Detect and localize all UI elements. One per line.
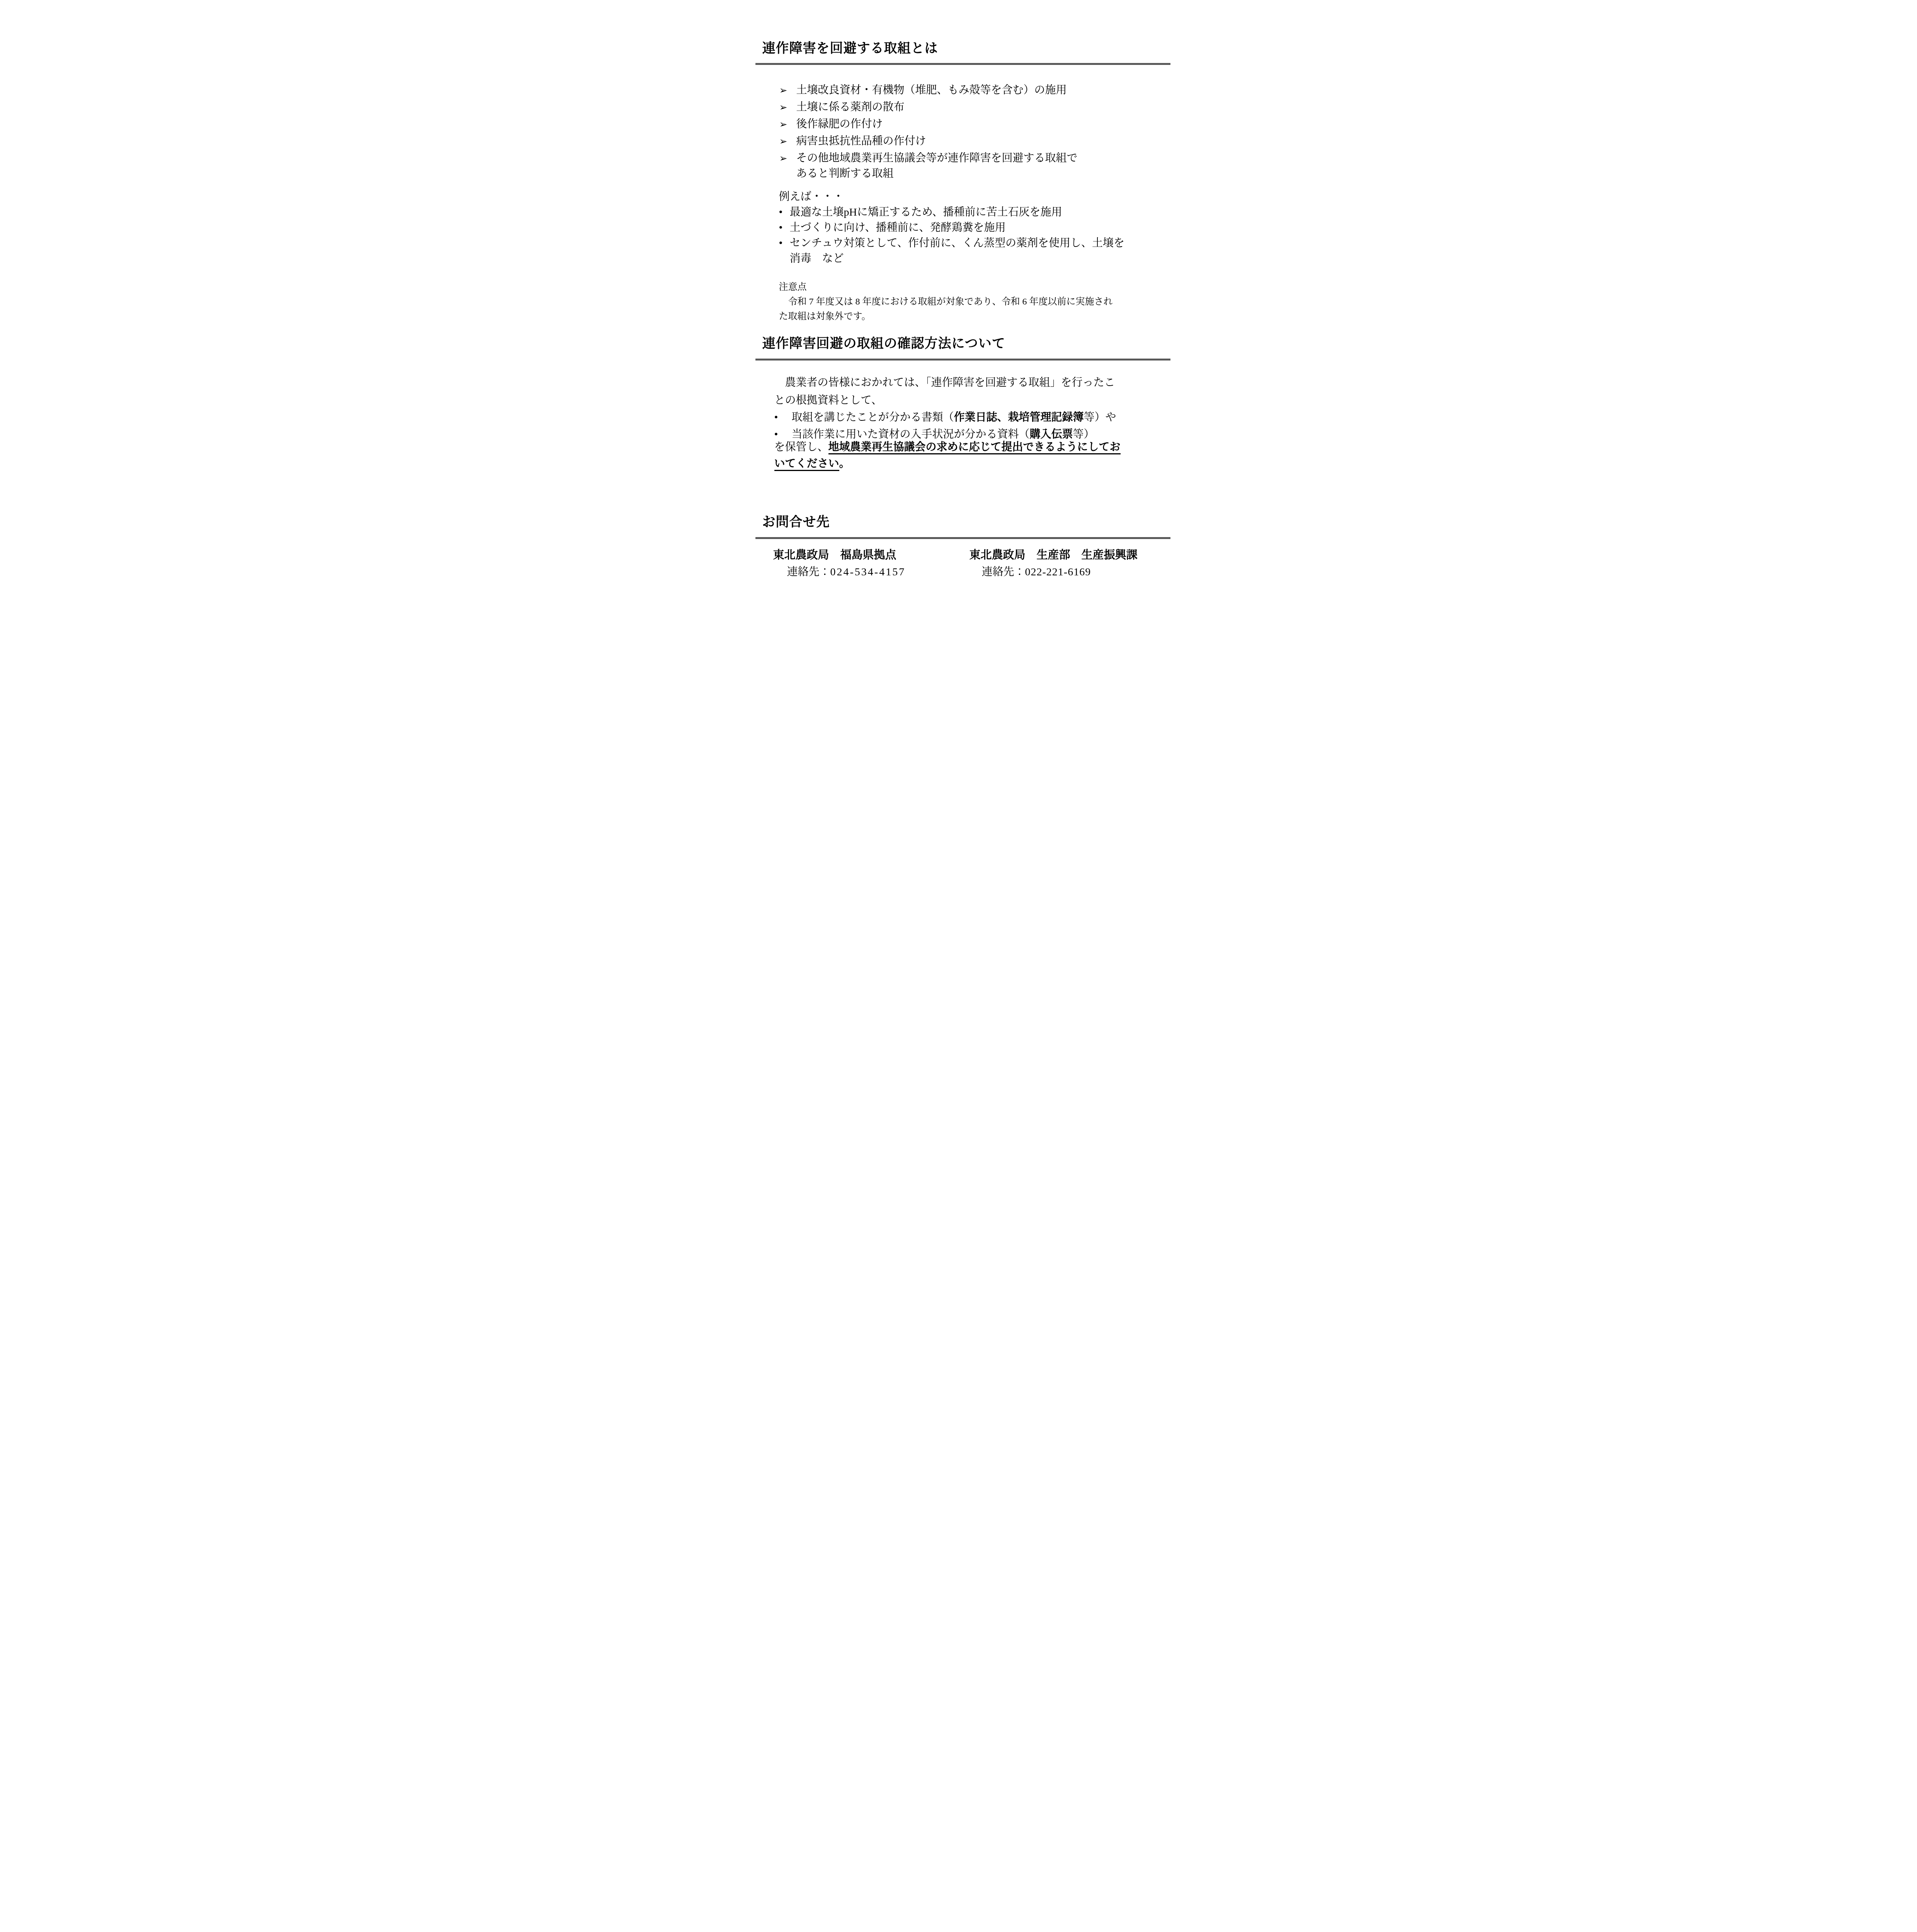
tel-label: 連絡先： — [787, 566, 830, 578]
contact-tel-seisanbu: 連絡先：022-221-6169 — [982, 563, 1091, 579]
section2-divider — [755, 359, 1170, 361]
list-item-continuation: 消毒 など — [779, 251, 1125, 267]
section2-title: 連作障害回避の取組の確認方法について — [762, 335, 1005, 352]
contact-org-seisanbu: 東北農政局 生産部 生産振興課 — [970, 546, 1138, 562]
keep-line: いてください。 — [774, 456, 1121, 472]
list-item: ➢後作緑肥の作付け — [779, 117, 883, 132]
arrow-bullet-icon: ➢ — [779, 100, 796, 115]
note-heading: 注意点 — [779, 280, 1113, 294]
arrow-bullet-icon: ➢ — [779, 83, 796, 98]
keep-instruction: を保管し、地域農業再生協議会の求めに応じて提出できるようにしてお いてください。 — [774, 439, 1121, 472]
dot-bullet-icon: • — [774, 412, 792, 424]
dot-bullet-icon: • — [779, 220, 790, 236]
arrow-bullet-icon: ➢ — [779, 134, 796, 149]
list-item-continuation: あると判断する取組 — [796, 166, 894, 182]
paragraph-line: 農業者の皆様におかれては、「連作障害を回避する取組」を行ったこ — [774, 374, 1115, 392]
paragraph-line: との根拠資料として、 — [774, 392, 1115, 410]
section3-title: お問合せ先 — [762, 514, 830, 531]
contact-org-fukushima: 東北農政局 福島県拠点 — [773, 546, 896, 562]
keep-line: を保管し、地域農業再生協議会の求めに応じて提出できるようにしてお — [774, 439, 1121, 456]
list-item-text: その他地域農業再生協議会等が連作障害を回避する取組で — [796, 152, 1078, 164]
arrow-bullet-icon: ➢ — [779, 117, 796, 132]
list-item: ➢病害虫抵抗性品種の作付け — [779, 134, 926, 149]
note-line: た取組は対象外です。 — [779, 309, 1113, 324]
tel-number: 022-221-6169 — [1025, 566, 1091, 578]
list-item-text: 土づくりに向け、播種前に、発酵鶏糞を施用 — [790, 222, 1006, 234]
list-item-text: 土壌に係る薬剤の散布 — [796, 101, 905, 113]
document-page: 連作障害を回避する取組とは ➢土壌改良資材・有機物（堆肥、もみ殻等を含む）の施用… — [719, 0, 1198, 678]
contact-tel-fukushima: 連絡先：024-534-4157 — [787, 563, 906, 579]
list-item: •取組を講じたことが分かる書類（作業日誌、栽培管理記録簿等）や — [774, 409, 1116, 424]
tel-label: 連絡先： — [982, 566, 1025, 578]
keep-line-period: 。 — [839, 457, 850, 469]
section2-paragraph: 農業者の皆様におかれては、「連作障害を回避する取組」を行ったこ との根拠資料とし… — [774, 374, 1115, 410]
section1-title: 連作障害を回避する取組とは — [762, 40, 938, 57]
dot-bullet-icon: • — [779, 236, 790, 251]
example-intro: 例えば・・・ — [779, 189, 1125, 205]
list-item-text: 病害虫抵抗性品種の作付け — [796, 135, 926, 147]
tel-number: 024-534-4157 — [830, 566, 906, 578]
list-item: •土づくりに向け、播種前に、発酵鶏糞を施用 — [779, 220, 1125, 236]
list-item-text: 後作緑肥の作付け — [796, 118, 883, 130]
list-item: •センチュウ対策として、作付前に、くん蒸型の薬剤を使用し、土壌を — [779, 236, 1125, 251]
list-item-text-bold: 購入伝票 — [1030, 428, 1073, 440]
dot-bullet-icon: • — [779, 205, 790, 220]
section3-divider — [755, 537, 1170, 539]
keep-line-bold-underline: いてください — [774, 457, 839, 471]
arrow-bullet-icon: ➢ — [779, 151, 796, 166]
keep-line-regular: を保管し、 — [774, 441, 828, 453]
list-item-text: 最適な土壌pHに矯正するため、播種前に苦土石灰を施用 — [790, 206, 1062, 218]
list-item-text-bold: 作業日誌、栽培管理記録簿 — [954, 411, 1084, 423]
list-item: ➢土壌に係る薬剤の散布 — [779, 100, 905, 115]
note-line: 令和 7 年度又は 8 年度における取組が対象であり、令和 6 年度以前に実施さ… — [779, 294, 1113, 309]
list-item-text: 取組を講じたことが分かる書類（ — [792, 412, 954, 423]
keep-line-bold-underline: 地域農業再生協議会の求めに応じて提出できるようにしてお — [828, 441, 1121, 454]
example-block: 例えば・・・ •最適な土壌pHに矯正するため、播種前に苦土石灰を施用 •土づくり… — [779, 189, 1125, 267]
list-item: ➢土壌改良資材・有機物（堆肥、もみ殻等を含む）の施用 — [779, 83, 1067, 98]
list-item-text: 土壌改良資材・有機物（堆肥、もみ殻等を含む）の施用 — [796, 84, 1067, 96]
note-block: 注意点 令和 7 年度又は 8 年度における取組が対象であり、令和 6 年度以前… — [779, 280, 1113, 324]
section1-divider — [755, 63, 1170, 65]
list-item-text: センチュウ対策として、作付前に、くん蒸型の薬剤を使用し、土壌を — [790, 237, 1125, 249]
list-item: •最適な土壌pHに矯正するため、播種前に苦土石灰を施用 — [779, 205, 1125, 220]
list-item-text: 等）や — [1084, 412, 1116, 423]
list-item: ➢その他地域農業再生協議会等が連作障害を回避する取組で — [779, 151, 1078, 166]
